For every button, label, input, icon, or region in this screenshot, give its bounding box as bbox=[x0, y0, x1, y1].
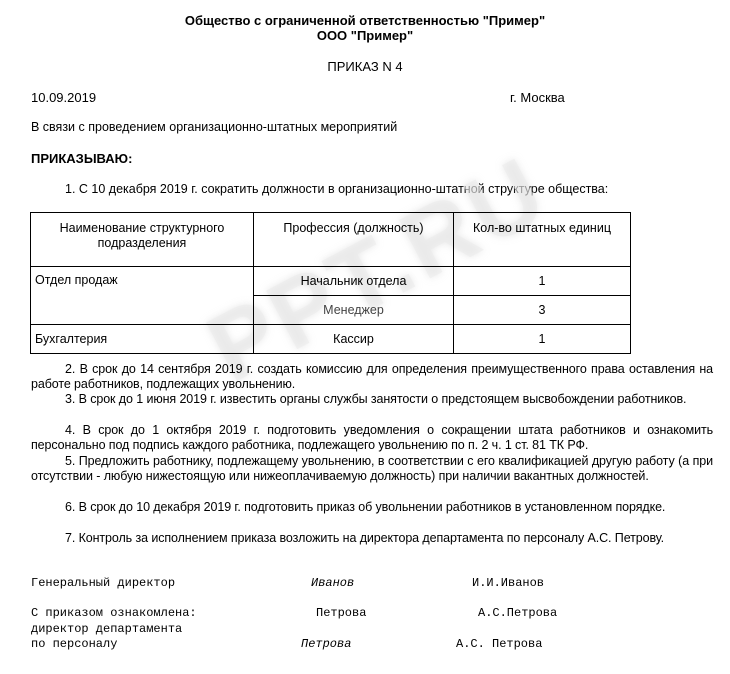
order-item-6: 6. В срок до 10 декабря 2019 г. подготов… bbox=[31, 500, 713, 515]
cell-position: Кассир bbox=[254, 325, 454, 354]
table-header-row: Наименование структурного подразделения … bbox=[31, 213, 631, 267]
header-count: Кол-во штатных единиц bbox=[454, 213, 631, 267]
order-item-5: 5. Предложить работнику, подлежащему уво… bbox=[31, 454, 713, 484]
order-item-1: 1. С 10 декабря 2019 г. сократить должно… bbox=[65, 182, 608, 196]
order-city: г. Москва bbox=[510, 90, 565, 105]
order-item-2-text: 2. В срок до 14 сентября 2019 г. создать… bbox=[31, 362, 713, 391]
acknowledged-label: С приказом ознакомлена: bbox=[31, 606, 197, 620]
organization-full-name: Общество с ограниченной ответственностью… bbox=[0, 13, 730, 28]
organization-short-name: ООО "Пример" bbox=[0, 28, 730, 43]
order-item-3: 3. В срок до 1 июня 2019 г. известить ор… bbox=[31, 392, 713, 407]
order-item-4-text: 4. В срок до 1 октября 2019 г. подготови… bbox=[31, 423, 713, 452]
director-signature: Иванов bbox=[311, 576, 354, 590]
staff-reduction-table: Наименование структурного подразделения … bbox=[30, 212, 631, 354]
header-department: Наименование структурного подразделения bbox=[31, 213, 254, 267]
order-item-6-text: 6. В срок до 10 декабря 2019 г. подготов… bbox=[65, 500, 665, 514]
director-name: И.И.Иванов bbox=[472, 576, 544, 590]
order-title: ПРИКАЗ N 4 bbox=[0, 59, 730, 74]
cell-department: Бухгалтерия bbox=[31, 325, 254, 354]
hr-signature: Петрова bbox=[301, 637, 351, 651]
hr-title-line2: по персоналу bbox=[31, 637, 117, 651]
order-item-3-text: 3. В срок до 1 июня 2019 г. известить ор… bbox=[65, 392, 686, 406]
order-item-7: 7. Контроль за исполнением приказа возло… bbox=[31, 531, 713, 546]
header-position: Профессия (должность) bbox=[254, 213, 454, 267]
director-title: Генеральный директор bbox=[31, 576, 175, 590]
cell-count: 1 bbox=[454, 325, 631, 354]
order-item-5-text: 5. Предложить работнику, подлежащему уво… bbox=[31, 454, 713, 483]
order-item-4: 4. В срок до 1 октября 2019 г. подготови… bbox=[31, 423, 713, 453]
table-row: Отдел продаж Начальник отдела 1 bbox=[31, 267, 631, 296]
table-row: Бухгалтерия Кассир 1 bbox=[31, 325, 631, 354]
cell-position: Начальник отдела bbox=[254, 267, 454, 296]
order-item-2: 2. В срок до 14 сентября 2019 г. создать… bbox=[31, 362, 713, 392]
acknowledged-signature: Петрова bbox=[316, 606, 366, 620]
acknowledged-name: А.С.Петрова bbox=[478, 606, 557, 620]
cell-count: 3 bbox=[454, 296, 631, 325]
cell-position: Менеджер bbox=[254, 296, 454, 325]
hr-name: А.С. Петрова bbox=[456, 637, 542, 651]
order-item-7-text: 7. Контроль за исполнением приказа возло… bbox=[65, 531, 664, 545]
order-word: ПРИКАЗЫВАЮ: bbox=[31, 151, 132, 166]
cell-count: 1 bbox=[454, 267, 631, 296]
hr-title-line1: директор департамента bbox=[31, 622, 182, 636]
order-date: 10.09.2019 bbox=[31, 90, 96, 105]
cell-department: Отдел продаж bbox=[31, 267, 254, 325]
preamble: В связи с проведением организационно-шта… bbox=[31, 120, 397, 134]
